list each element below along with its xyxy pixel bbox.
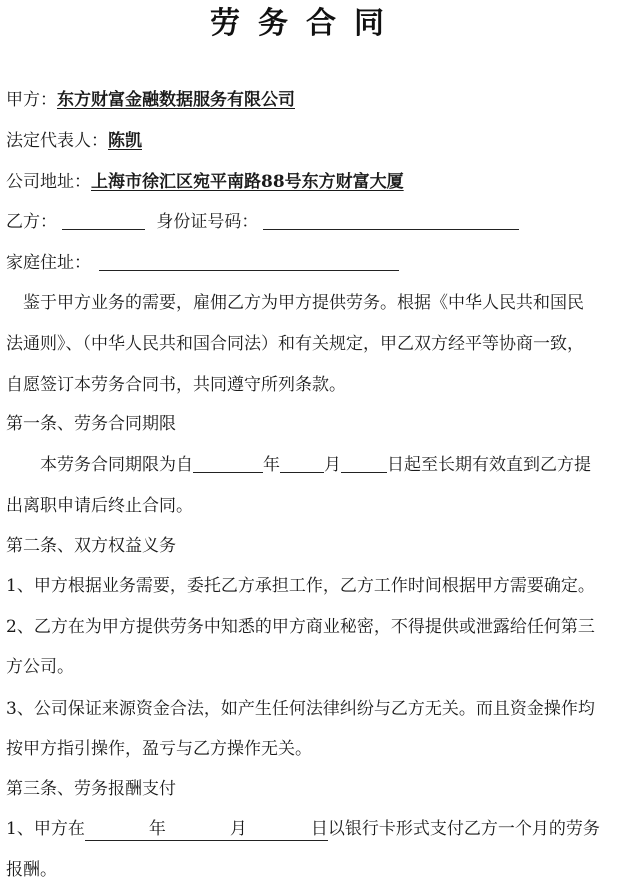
payment-suffix: 以银行卡形式支付乙方一个月的劳务 — [328, 819, 600, 839]
payment-month-label: 月 — [230, 819, 247, 839]
article-1-heading: 第一条、劳务合同期限 — [6, 412, 636, 436]
article-1-term-line: 本劳务合同期限为自年月日起至长期有效直到乙方提 — [40, 453, 640, 477]
term-suffix: 日起至长期有效直到乙方提 — [387, 455, 591, 475]
company-address-row: 公司地址：上海市徐汇区宛平南路88号东方财富大厦 — [6, 170, 636, 194]
start-month-field[interactable] — [280, 454, 324, 473]
start-year-field[interactable] — [193, 454, 263, 473]
home-address-field[interactable] — [99, 252, 399, 271]
party-b-row: 乙方： 身份证号码： — [6, 210, 636, 234]
article-3-item-1: 1、甲方在年月日以银行卡形式支付乙方一个月的劳务 — [6, 817, 636, 841]
legal-representative-row: 法定代表人：陈凯 — [6, 129, 636, 153]
party-b-name-field[interactable] — [62, 211, 145, 230]
start-day-field[interactable] — [341, 454, 387, 473]
legal-representative-value: 陈凯 — [108, 131, 142, 151]
id-number-label: 身份证号码： — [156, 212, 258, 232]
party-a-value: 东方财富金融数据服务有限公司 — [57, 90, 295, 110]
party-a-row: 甲方：东方财富金融数据服务有限公司 — [6, 88, 636, 112]
article-2-item: 1、甲方根据业务需要，委托乙方承担工作，乙方工作时间根据甲方需要确定。 — [6, 574, 636, 598]
home-address-row: 家庭住址： — [6, 251, 636, 275]
payment-date-field[interactable]: 年月日 — [85, 819, 328, 841]
term-prefix: 本劳务合同期限为自 — [40, 455, 193, 475]
article-3-item-1-line-2: 报酬。 — [6, 858, 636, 882]
party-a-label: 甲方： — [6, 90, 57, 110]
article-2-heading: 第二条、双方权益义务 — [6, 534, 636, 558]
preamble-line-3: 自愿签订本劳务合同书，共同遵守所列条款。 — [6, 373, 636, 397]
article-2-item: 方公司。 — [6, 655, 636, 679]
payment-year-label: 年 — [149, 819, 166, 839]
article-1-term-line-2: 出离职申请后终止合同。 — [6, 494, 636, 518]
payment-prefix: 1、甲方在 — [6, 819, 85, 839]
company-address-value: 上海市徐汇区宛平南路88号东方财富大厦 — [91, 172, 404, 192]
contract-title: 劳务合同 — [0, 4, 590, 44]
party-b-label: 乙方： — [6, 212, 57, 232]
preamble-line-1: 鉴于甲方业务的需要，雇佣乙方为甲方提供劳务。根据《中华人民共和国民 — [23, 291, 640, 315]
payment-day-label: 日 — [311, 819, 328, 839]
article-2-item: 3、公司保证来源资金合法，如产生任何法律纠纷与乙方无关。而且资金操作均 — [6, 697, 636, 721]
article-2-item: 按甲方指引操作，盈亏与乙方操作无关。 — [6, 737, 636, 761]
company-address-label: 公司地址： — [6, 172, 91, 192]
id-number-field[interactable] — [263, 211, 519, 230]
year-label: 年 — [263, 455, 280, 475]
home-address-label: 家庭住址： — [6, 253, 91, 273]
month-label: 月 — [324, 455, 341, 475]
article-3-heading: 第三条、劳务报酬支付 — [6, 777, 636, 801]
article-2-item: 2、乙方在为甲方提供劳务中知悉的甲方商业秘密，不得提供或泄露给任何第三 — [6, 615, 636, 639]
preamble-line-2: 法通则》、（中华人民共和国合同法）和有关规定，甲乙双方经平等协商一致， — [6, 332, 636, 356]
legal-representative-label: 法定代表人： — [6, 131, 108, 151]
